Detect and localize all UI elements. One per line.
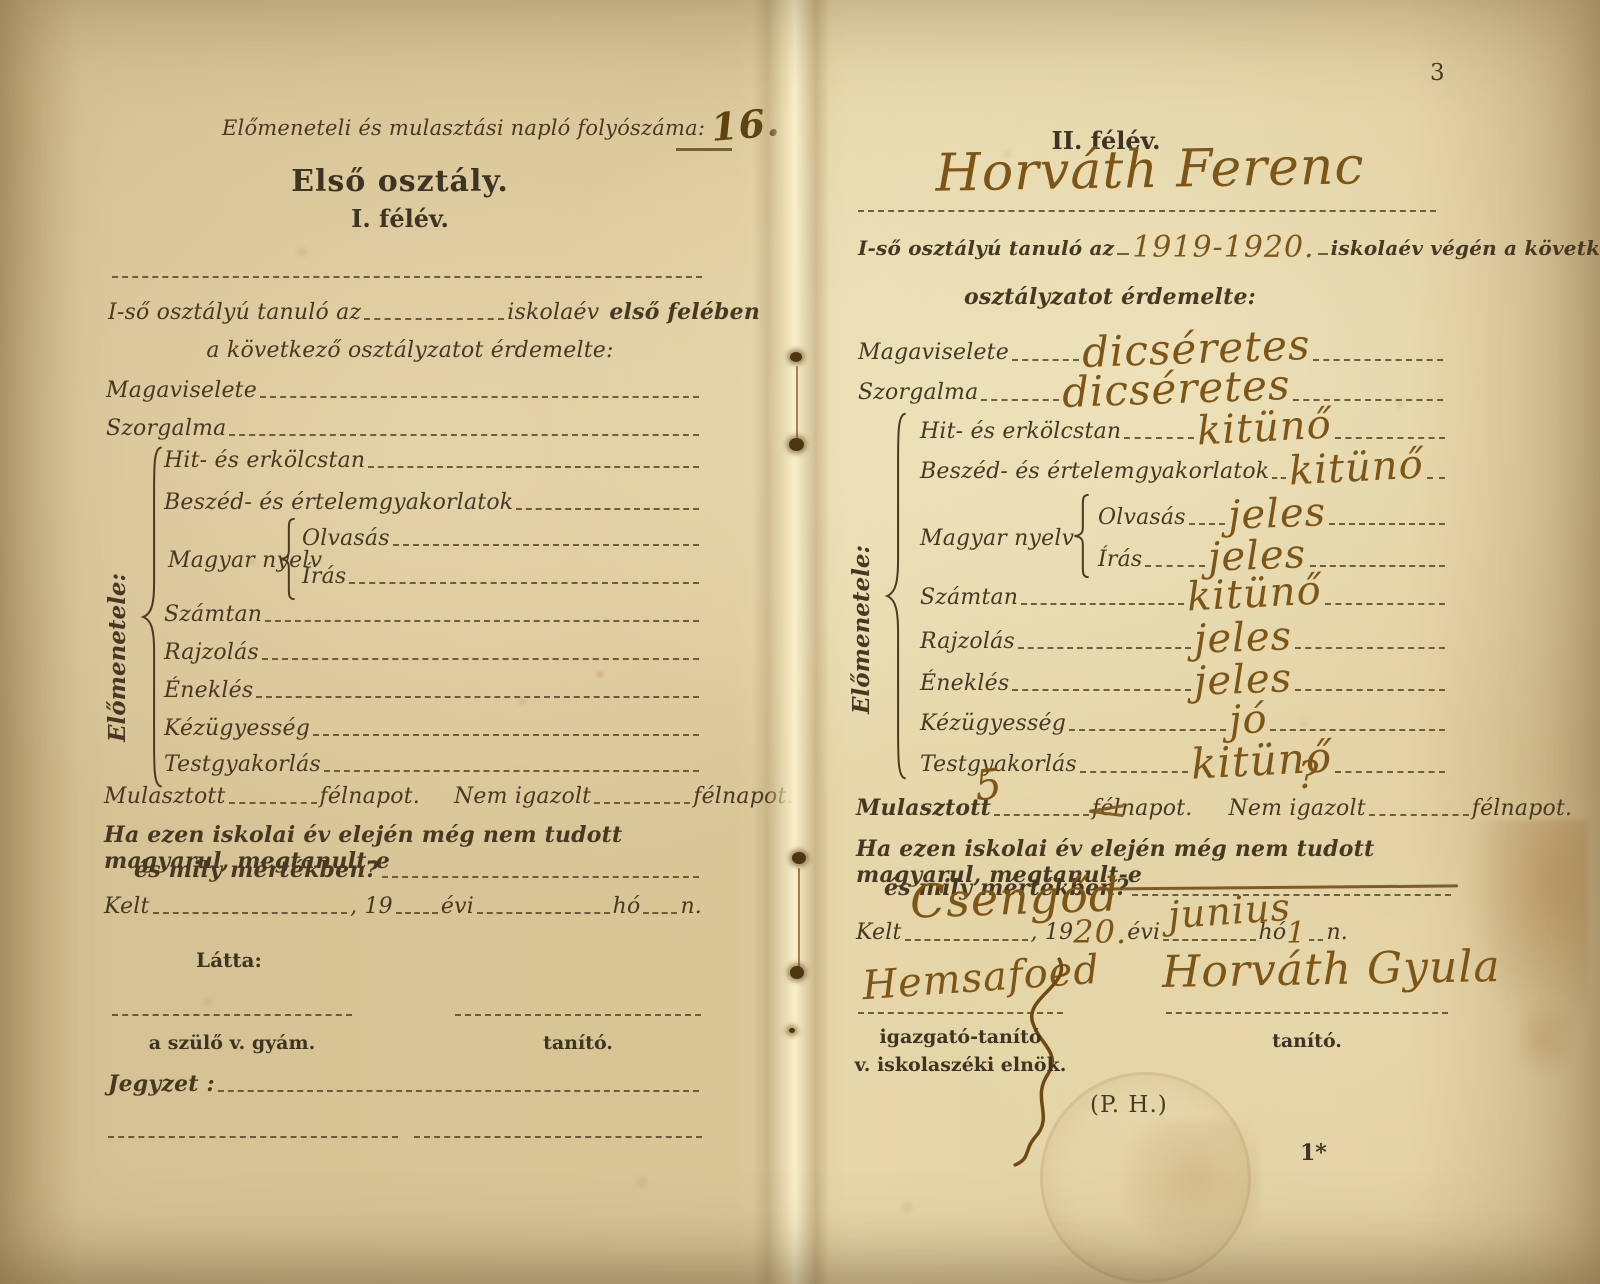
progress-brace [884, 410, 910, 782]
latta-label: Látta: [196, 948, 262, 972]
language-question-2: és mily mértékben? [134, 858, 702, 883]
subject-row: Éneklés [164, 678, 702, 703]
blank-line [1124, 437, 1194, 439]
teacher-signature-line [1166, 1012, 1448, 1014]
blank-line [1427, 477, 1445, 479]
journal-number-value: 16. [710, 107, 782, 143]
grade-row: Rajzolás jeles [920, 622, 1448, 654]
paper-stain [1468, 820, 1588, 1030]
parent-signature-line [112, 1014, 352, 1016]
director-caption-1: igazgató-tanító [838, 1026, 1083, 1048]
teacher-caption: tanító. [1166, 1030, 1448, 1052]
blank-line [256, 696, 699, 698]
blank-line [1270, 729, 1445, 731]
subject-label: Számtan [164, 602, 262, 627]
foxing-specks [0, 0, 4, 4]
blank-line [1012, 359, 1079, 361]
blank-line [594, 802, 690, 804]
rule-line [112, 276, 702, 278]
kelt-month-handwritten: junius [1167, 892, 1292, 931]
blank-line [1163, 939, 1255, 941]
kelt-19: , 19 [350, 894, 393, 919]
blank-line [516, 508, 699, 510]
blank-line [229, 434, 699, 436]
blank-line [1145, 565, 1205, 567]
kelt-n: n. [1326, 920, 1348, 945]
blank-line [1021, 603, 1184, 605]
grade-handwritten: jeles [1227, 496, 1326, 531]
magyar-nyelv-brace [278, 518, 298, 600]
grade-row: Kézügyesség jó [920, 704, 1448, 736]
ink-smudge [1120, 1120, 1260, 1250]
grade-handwritten: jeles [1193, 662, 1292, 697]
magyar-nyelv-label: Magyar nyelv [920, 526, 1074, 551]
blank-line [643, 912, 677, 914]
subject-label: Hit- és erkölcstan [920, 419, 1121, 444]
kelt-ho: hó [613, 894, 641, 919]
blank-line [153, 912, 348, 914]
grade-row: Olvasás jeles [1098, 498, 1448, 530]
grade-row: Hit- és erkölcstan kitünő [920, 412, 1448, 444]
journal-number-line: Előmeneteli és mulasztási napló folyószá… [222, 110, 742, 140]
subject-label: Rajzolás [920, 629, 1015, 654]
blank-line [1313, 359, 1443, 361]
intro-prefix: I-ső osztályú tanuló az [858, 237, 1114, 260]
grade-row: Számtan kitünő [920, 578, 1448, 610]
absence-unit: félnapot. [1472, 796, 1572, 821]
blank-line [1369, 814, 1469, 816]
stitch-hole [789, 1028, 795, 1033]
grade-row: Írás jeles [1098, 540, 1448, 572]
subject-row: Számtan [164, 602, 702, 627]
conduct-row: Magaviselete dicséretes [858, 332, 1446, 366]
subject-label: Kézügyesség [920, 711, 1066, 736]
note-row: Jegyzet : [108, 1072, 702, 1097]
blank-line [396, 912, 438, 914]
teacher-signature-line [455, 1014, 701, 1016]
progress-brace [140, 444, 166, 790]
conduct-label: Magaviselete [106, 378, 257, 403]
student-name-handwritten: Horváth Ferenc [880, 145, 1421, 196]
blank-line [364, 318, 504, 320]
school-year-handwritten: 1919-1920. [1132, 236, 1314, 260]
subject-label: Írás [302, 564, 346, 589]
student-name-line [858, 210, 1436, 212]
intro-suffix: iskolaév végén a következő [1331, 237, 1600, 260]
unexcused-label: Nem igazolt [1228, 796, 1365, 821]
kelt-label: Kelt [104, 894, 150, 919]
language-q2-label: és mily mértékben? [134, 858, 379, 883]
intro-bold: első felében [609, 300, 760, 325]
blank-line [1295, 647, 1445, 649]
blank-line [1325, 603, 1445, 605]
diligence-row: Szorgalma [106, 416, 702, 441]
teacher-signature-handwritten: Horváth Gyula [1162, 949, 1501, 990]
progress-vertical-label: Előmenetele: [104, 573, 131, 742]
kelt-n: n. [680, 894, 702, 919]
subject-row: Rajzolás [164, 640, 702, 665]
subject-label: Beszéd- és értelemgyakorlatok [164, 490, 513, 515]
blank-line [1295, 689, 1445, 691]
page-number: 3 [1430, 60, 1445, 86]
unexcused-label: Nem igazolt [454, 784, 591, 809]
subject-label: Olvasás [1098, 505, 1186, 530]
blank-line [1335, 437, 1445, 439]
diligence-label: Szorgalma [106, 416, 226, 441]
journal-number-label: Előmeneteli és mulasztási napló folyószá… [222, 116, 705, 140]
magyar-nyelv-brace [1072, 494, 1092, 578]
blank-line [218, 1090, 699, 1092]
blank-line [1310, 565, 1446, 567]
parent-caption: a szülő v. gyám. [112, 1032, 352, 1054]
date-row: Kelt , 19 évi hó n. [104, 894, 702, 919]
kelt-evi: évi [441, 894, 474, 919]
subject-label: Hit- és erkölcstan [164, 448, 365, 473]
intro-line: I-ső osztályú tanuló az 1919-1920. iskol… [858, 236, 1452, 260]
absence-label: Mulasztott [856, 796, 991, 821]
blank-line [1329, 523, 1445, 525]
subject-label: Számtan [920, 585, 1018, 610]
blank-line [262, 658, 699, 660]
magyar-nyelv-label: Magyar nyelv [168, 548, 322, 573]
unexcused-value-handwritten: ? [1298, 760, 1319, 790]
blank-line [905, 939, 1028, 941]
absence-unit: félnapot. [320, 784, 420, 809]
subject-label: Kézügyesség [164, 716, 310, 741]
absence-row: Mulasztott félnapot. Nem igazolt félnapo… [856, 796, 1450, 821]
grade-handwritten: jó [1228, 703, 1268, 737]
director-caption-2: v. iskolaszéki elnök. [838, 1054, 1083, 1076]
subject-row: Hit- és erkölcstan [164, 448, 702, 473]
intro-line2: osztályzatot érdemelte: [960, 284, 1260, 310]
binding-seam [752, 0, 830, 1284]
subject-label: Testgyakorlás [164, 752, 321, 777]
note-label: Jegyzet : [108, 1072, 215, 1097]
diligence-row: Szorgalma dicséretes [858, 372, 1446, 406]
stitch-hole [789, 438, 804, 451]
left-page-title: Első osztály. [240, 164, 560, 199]
blank-line [382, 876, 699, 878]
progress-vertical-label: Előmenetele: [848, 545, 875, 714]
blank-line [1018, 647, 1191, 649]
kelt-evi: évi [1127, 920, 1160, 945]
absence-label: Mulasztott [104, 784, 226, 809]
kelt-year-handwritten: 20. [1073, 920, 1127, 946]
subject-row: Kézügyesség [164, 716, 702, 741]
blank-line [1069, 729, 1225, 731]
grade-handwritten: kitünő [1187, 574, 1323, 613]
blank-line [981, 399, 1058, 401]
footer-mark: 1* [1300, 1140, 1327, 1166]
diligence-grade-handwritten: dicséretes [1061, 368, 1291, 410]
blank-line [1272, 477, 1286, 479]
blank-line [1335, 771, 1445, 773]
grade-row: Beszéd- és értelemgyakorlatok kitünő [920, 452, 1448, 484]
diligence-label: Szorgalma [858, 380, 978, 405]
blank-line [313, 734, 699, 736]
subject-row: Testgyakorlás [164, 752, 702, 777]
absence-value-handwritten: 5 [973, 767, 1004, 803]
grade-handwritten: jeles [1193, 620, 1292, 655]
absence-row: Mulasztott félnapot. Nem igazolt félnapo… [104, 784, 702, 809]
subject-label: Olvasás [302, 526, 390, 551]
blank-line [1080, 771, 1188, 773]
blank-line [393, 544, 699, 546]
absence-unit: félnapot. [693, 784, 793, 809]
conduct-row: Magaviselete [106, 378, 702, 403]
left-page-subtitle: I. félév. [240, 204, 560, 233]
report-card-scan: Előmeneteli és mulasztási napló folyószá… [0, 0, 1600, 1284]
blank-line [368, 466, 699, 468]
subject-label: Éneklés [920, 671, 1009, 696]
struck-fel: fél [1092, 796, 1121, 821]
kelt-label: Kelt [856, 920, 902, 945]
journal-number-underline [676, 148, 732, 151]
intro-line: I-ső osztályú tanuló az iskolaév első fe… [108, 300, 700, 325]
rule-line [108, 1136, 398, 1138]
blank-line [265, 620, 699, 622]
blank-line [477, 912, 610, 914]
rule-line [414, 1136, 702, 1138]
subject-row: Beszéd- és értelemgyakorlatok [164, 490, 702, 515]
subject-label: Írás [1098, 547, 1142, 572]
grade-handwritten: kitünő [1197, 408, 1333, 447]
blank-line [1318, 253, 1328, 255]
stitch-hole [790, 966, 804, 979]
subject-label: Éneklés [164, 678, 253, 703]
blank-line [1309, 939, 1323, 941]
seal-placeholder-label: (P. H.) [1090, 1092, 1168, 1118]
intro-prefix: I-ső osztályú tanuló az [108, 300, 361, 325]
grade-row: Éneklés jeles [920, 664, 1448, 696]
stitch-hole [792, 852, 806, 864]
blank-line [994, 814, 1089, 816]
binding-thread [798, 868, 800, 968]
conduct-label: Magaviselete [858, 340, 1009, 365]
teacher-caption: tanító. [455, 1032, 701, 1054]
subject-label: Beszéd- és értelemgyakorlatok [920, 459, 1269, 484]
blank-line [229, 802, 317, 804]
blank-line [1189, 523, 1225, 525]
subject-row: Olvasás [302, 526, 702, 551]
kelt-place-handwritten: Csengőd [909, 876, 1119, 920]
blank-line [349, 582, 699, 584]
binding-thread [796, 366, 798, 438]
blank-line [1293, 399, 1443, 401]
absence-unit: napot. [1121, 796, 1193, 821]
blank-line [260, 396, 699, 398]
subject-label: Rajzolás [164, 640, 259, 665]
subject-row: Írás [302, 564, 702, 589]
grade-handwritten: kitünő [1289, 448, 1425, 487]
intro-mid: iskolaév [507, 300, 599, 325]
intro-line2: a következő osztályzatot érdemelte: [150, 338, 670, 363]
blank-line [1012, 689, 1191, 691]
blank-line [1117, 253, 1129, 255]
stitch-hole [790, 352, 802, 362]
paper-stain [1510, 1000, 1580, 1080]
blank-line [324, 770, 699, 772]
